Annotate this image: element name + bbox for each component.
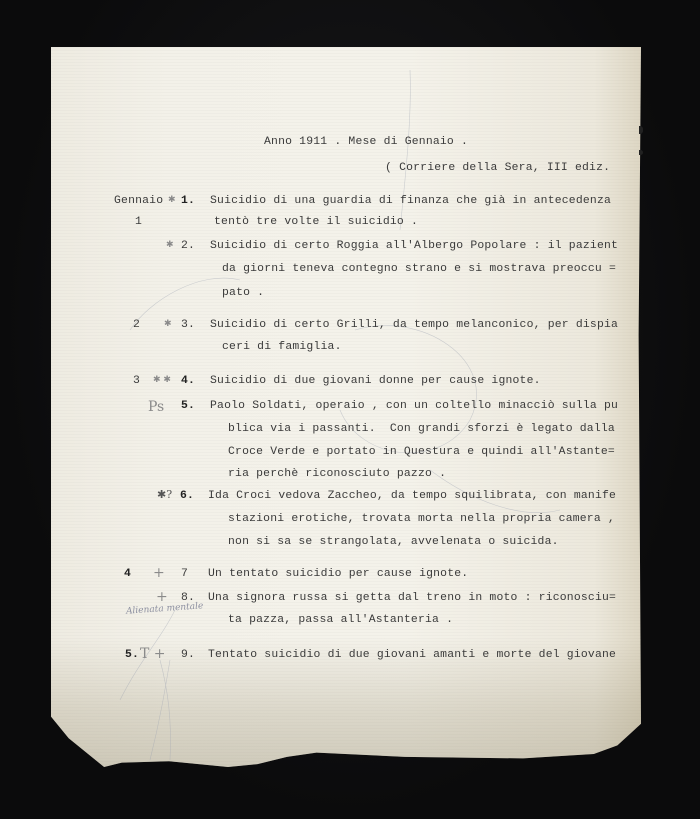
entry-line: non si sa se strangolata, avvelenata o s… — [228, 537, 559, 548]
entry-number: 2. — [181, 241, 195, 252]
entry-number: 3. — [181, 320, 195, 331]
entry-line: Suicidio di certo Roggia all'Albergo Pop… — [210, 241, 618, 252]
asterisk-question-mark: ✱? — [157, 489, 172, 500]
asterisk-mark: ✱ — [164, 320, 172, 329]
asterisk-mark: ✱ — [166, 241, 174, 250]
entry-number: 6. — [180, 491, 194, 502]
margin-day: 2 — [133, 320, 140, 331]
entry-number: 1. — [181, 196, 195, 207]
entry-number: 7 — [181, 569, 188, 580]
margin-day: 4 — [124, 569, 131, 580]
entry-line: Un tentato suicidio per cause ignote. — [208, 569, 468, 580]
entry-number: 4. — [181, 376, 195, 387]
entry-number: 5. — [181, 401, 195, 412]
entry-line: tentò tre volte il suicidio . — [214, 217, 418, 228]
entry-number: 9. — [181, 650, 195, 661]
edge-tear-mark — [639, 126, 643, 134]
entry-line: Suicidio di certo Grilli, da tempo melan… — [210, 320, 618, 331]
entry-line: da giorni teneva contegno strano e si mo… — [222, 264, 616, 275]
entry-line: blica via i passanti. Con grandi sforzi … — [228, 424, 615, 435]
document-title: Anno 1911 . Mese di Gennaio . — [264, 137, 468, 148]
margin-month: Gennaio — [114, 196, 163, 207]
entry-line: Croce Verde e portato in Questura e quin… — [228, 447, 615, 458]
entry-line: Suicidio di una guardia di finanza che g… — [210, 196, 611, 207]
entry-line: Tentato suicidio di due giovani amanti e… — [208, 650, 616, 661]
double-asterisk-mark: ✱ ✱ — [153, 376, 171, 385]
entry-line: ria perchè riconosciuto pazzo . — [228, 469, 446, 480]
plus-mark: + — [153, 566, 165, 580]
t-plus-mark: T + — [140, 647, 166, 661]
entry-line: ta pazza, passa all'Astanteria . — [228, 615, 453, 626]
entry-line: stazioni erotiche, trovata morta nella p… — [228, 514, 615, 525]
entry-line: pato . — [222, 288, 264, 299]
asterisk-mark: ✱ — [168, 196, 176, 205]
entry-line: Suicidio di due giovani donne per cause … — [210, 376, 541, 387]
margin-day: 1 — [135, 217, 142, 228]
entry-line: ceri di famiglia. — [222, 342, 342, 353]
document-source: ( Corriere della Sera, III ediz. — [385, 163, 610, 174]
entry-line: Paolo Soldati, operaio , con un coltello… — [210, 401, 618, 412]
ps-handwritten-mark: Ps — [148, 400, 164, 414]
margin-day: 3 — [133, 376, 140, 387]
entry-line: Una signora russa si getta dal treno in … — [208, 593, 616, 604]
entry-line: Ida Croci vedova Zaccheo, da tempo squil… — [208, 491, 616, 502]
margin-day: 5. — [125, 650, 139, 661]
plus-mark: + — [156, 590, 168, 604]
